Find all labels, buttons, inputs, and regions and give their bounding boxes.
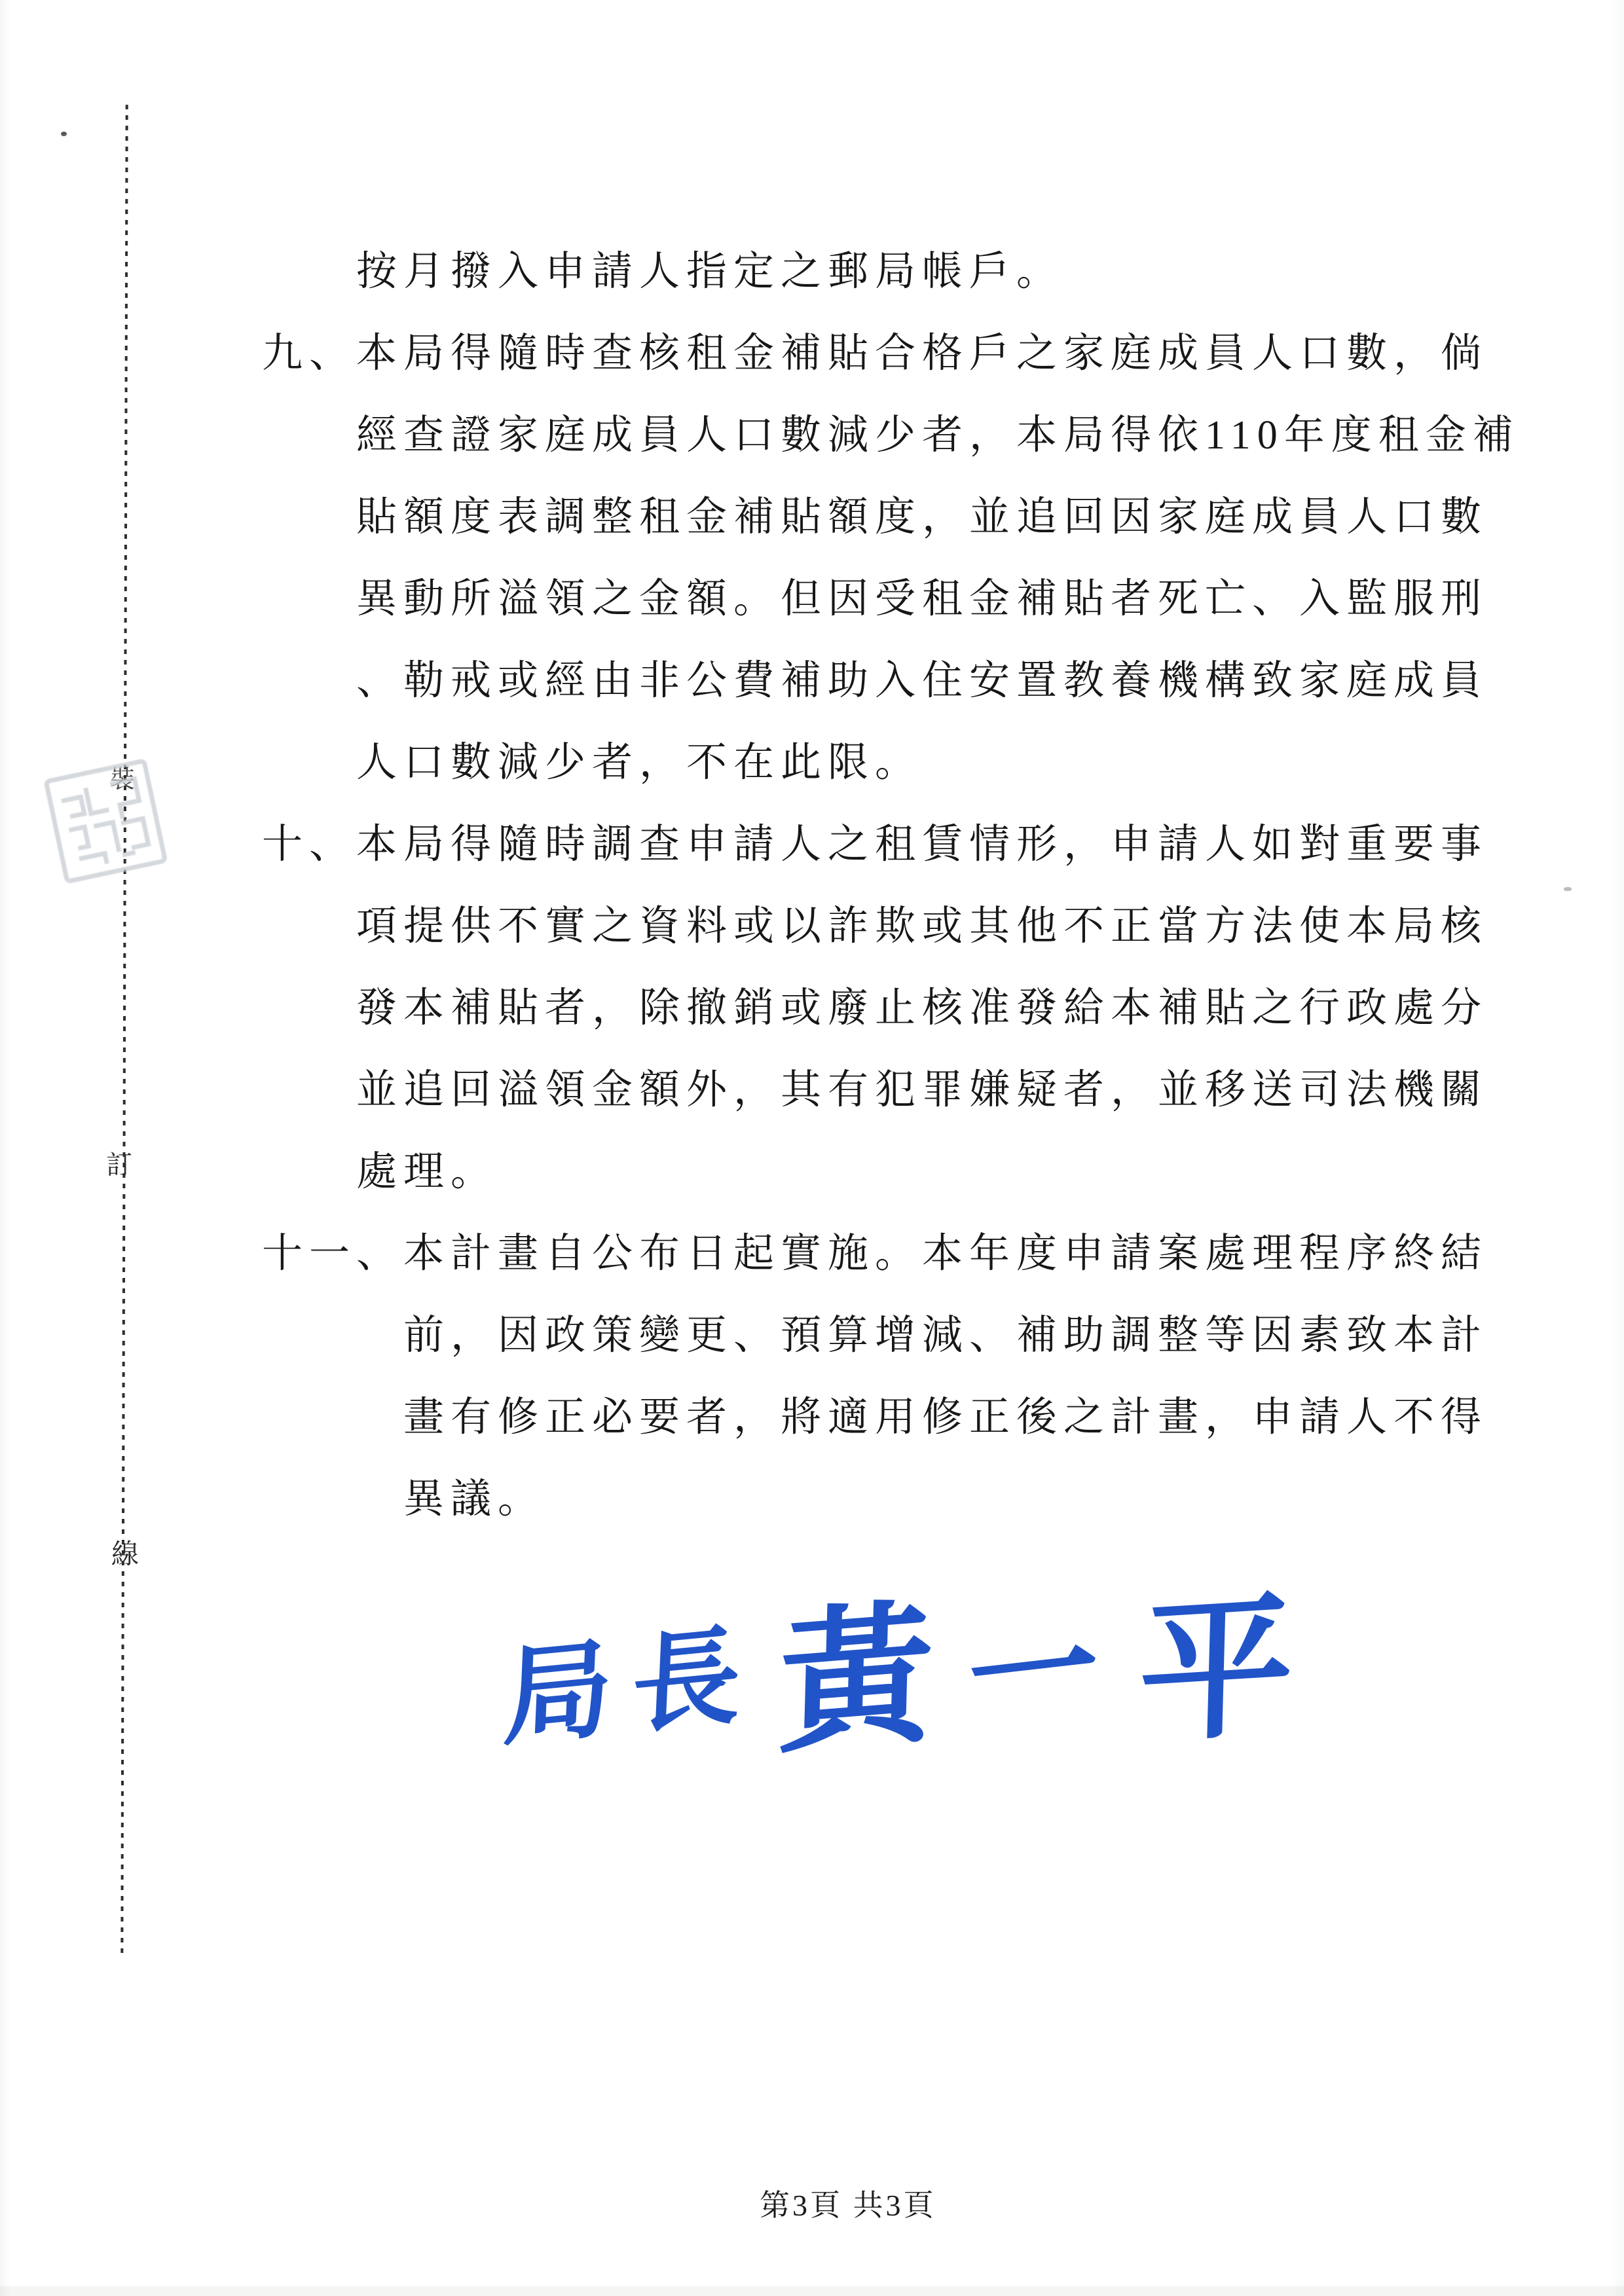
document-body: 按月撥入申請人指定之郵局帳戶。 九、本局得隨時查核租金補貼合格戶之家庭成員人口數… bbox=[262, 231, 1506, 1540]
text-line: 貼額度表調整租金補貼額度，並追回因家庭成員人口數 bbox=[262, 477, 1506, 558]
signature-name-char: 黃 bbox=[777, 1598, 936, 1764]
text-line: 人口數減少者，不在此限。 bbox=[262, 722, 1506, 804]
text-line: 異議。 bbox=[262, 1459, 1506, 1540]
binding-char-ding: 訂 bbox=[106, 1152, 132, 1178]
binding-line bbox=[120, 105, 128, 1958]
text-line: 發本補貼者，除撤銷或廢止核准發給本補貼之行政處分 bbox=[262, 968, 1506, 1049]
text-line: 前，因政策變更、預算增減、補助調整等因素致本計 bbox=[262, 1295, 1506, 1377]
text-line-item-10: 十、本局得隨時調查申請人之租賃情形，申請人如對重要事 bbox=[262, 804, 1506, 886]
text-line: 處理。 bbox=[262, 1131, 1506, 1213]
text-line: 按月撥入申請人指定之郵局帳戶。 bbox=[262, 231, 1506, 313]
signature-name-char: 一 bbox=[962, 1604, 1107, 1749]
director-signature-stamp: 局長 黃 一 平 bbox=[502, 1558, 1332, 1802]
text-line-item-11: 十一、本計畫自公布日起實施。本年度申請案處理程序終結 bbox=[262, 1213, 1506, 1295]
signature-title: 局長 bbox=[501, 1620, 762, 1753]
faint-seal-stamp bbox=[42, 756, 171, 888]
scan-speck bbox=[61, 132, 67, 136]
signature-name-char: 平 bbox=[1137, 1590, 1295, 1753]
scan-edge-right bbox=[1610, 0, 1624, 2296]
scan-edge-left bbox=[0, 0, 10, 2296]
text-line: 異動所溢領之金額。但因受租金補貼者死亡、入監服刑 bbox=[262, 558, 1506, 640]
document-page: 裝 訂 線 按月撥入申請人指定之郵局帳戶。 九、本局得隨時查核租金補貼合格戶之家… bbox=[0, 0, 1624, 2296]
text-line: 經查證家庭成員人口數減少者，本局得依110年度租金補 bbox=[262, 395, 1506, 477]
binding-char-xian: 線 bbox=[111, 1541, 139, 1569]
scan-speck bbox=[1564, 887, 1572, 891]
signature-name: 黃 一 平 bbox=[777, 1592, 1295, 1759]
text-line: 並追回溢領金額外，其有犯罪嫌疑者，並移送司法機關 bbox=[262, 1049, 1506, 1131]
text-line: 項提供不實之資料或以詐欺或其他不正當方法使本局核 bbox=[262, 886, 1506, 968]
text-line: 、勒戒或經由非公費補助入住安置教養機構致家庭成員 bbox=[262, 640, 1506, 722]
text-line: 畫有修正必要者，將適用修正後之計畫，申請人不得 bbox=[262, 1377, 1506, 1459]
scan-edge-bottom bbox=[0, 2286, 1624, 2296]
page-number: 第3頁 共3頁 bbox=[760, 2181, 936, 2225]
text-line-item-9: 九、本局得隨時查核租金補貼合格戶之家庭成員人口數，倘 bbox=[262, 313, 1506, 395]
